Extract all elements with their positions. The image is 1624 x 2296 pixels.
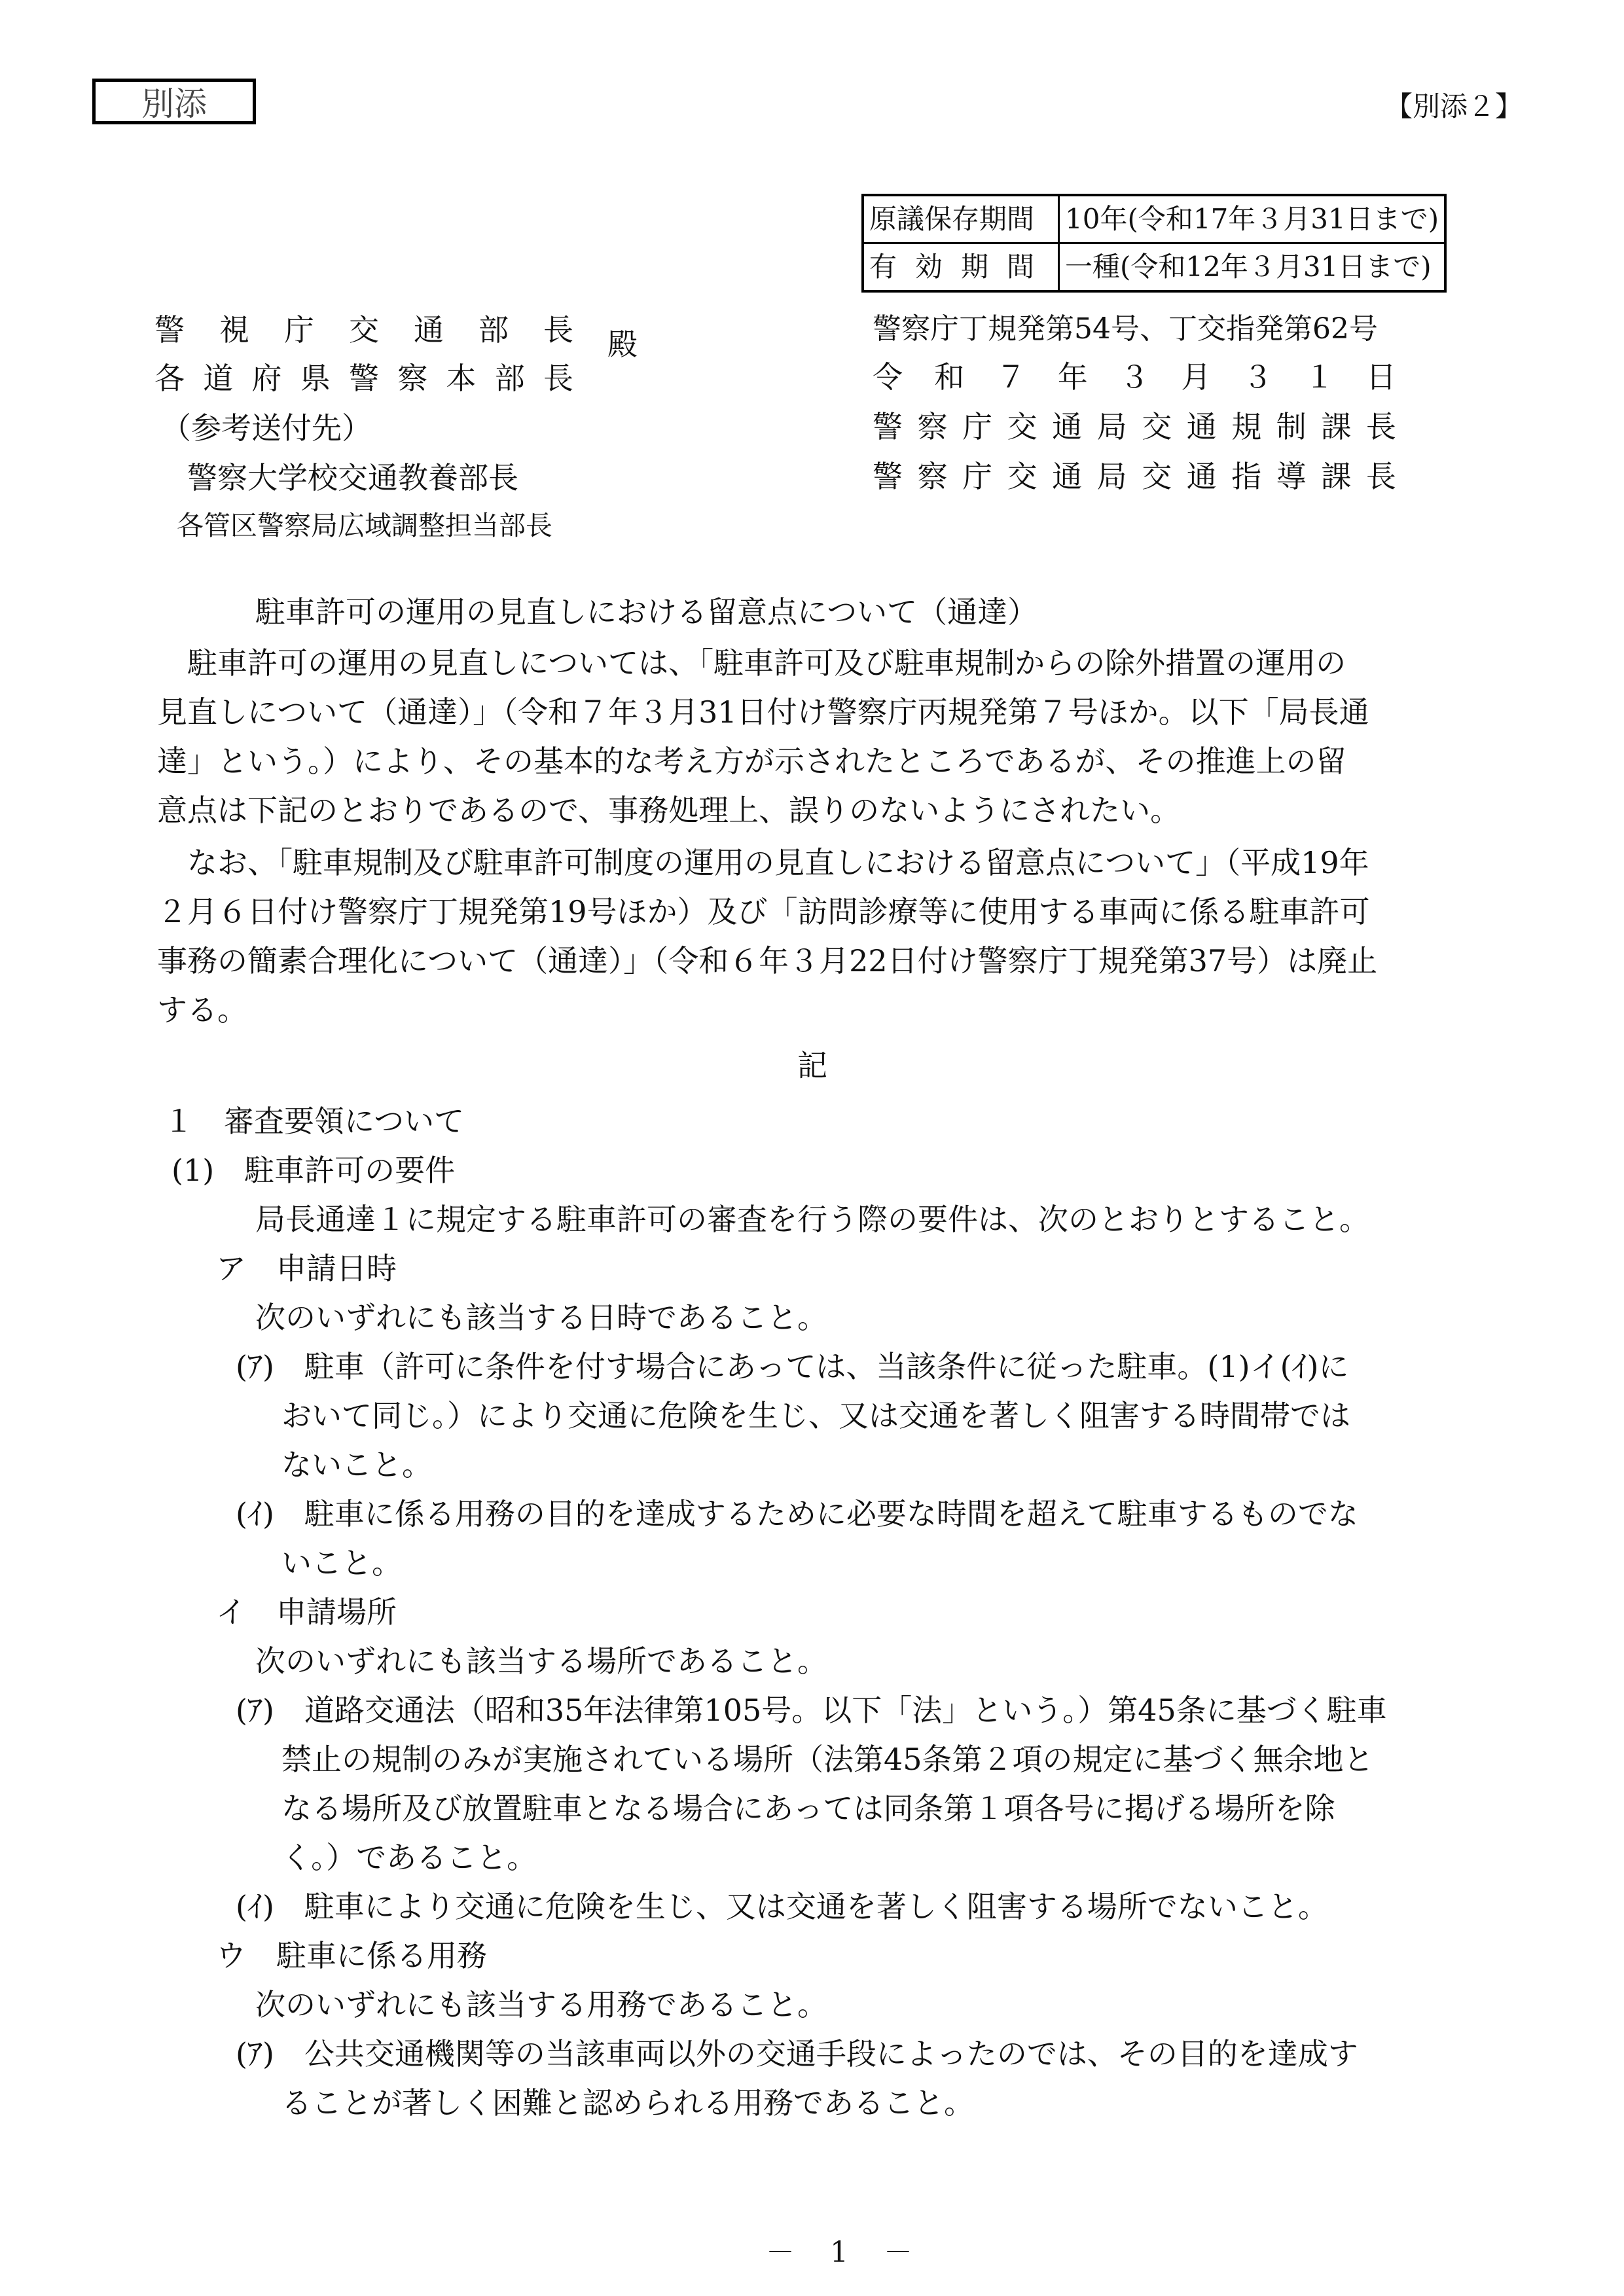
date-char: ７ [996, 353, 1026, 397]
section-line: ア 申請日時 [216, 1253, 397, 1283]
addressee-char: 長 [543, 306, 573, 350]
attachment-number-label: 【別添２】 [1385, 85, 1523, 124]
sender-regulation-division: 警 察 庁 交 通 局 交 通 規 制 課 長 [873, 403, 1396, 446]
section-line: ることが著しく困難と認められる用務であること。 [281, 2088, 974, 2118]
validity-label: 有効期間 [863, 243, 1059, 292]
sender-char: 局 [1097, 403, 1127, 446]
sender-char: 制 [1276, 403, 1307, 446]
date-char: １ [1305, 353, 1335, 397]
body-line: する。 [157, 995, 247, 1025]
body-line: 意点は下記のとおりであるので、事務処理上、誤りのないようにされたい。 [157, 795, 1180, 825]
ki-heading: 記 [797, 1050, 827, 1081]
date-char: 和 [934, 353, 964, 397]
addressee-char: 各 [154, 355, 185, 398]
addressee-char: 県 [300, 355, 331, 398]
sender-char: 通 [1187, 453, 1217, 496]
table-row: 原議保存期間 10年(令和17年３月31日まで) [863, 195, 1445, 243]
section-line: イ 申請場所 [216, 1597, 397, 1627]
sender-char: 交 [1007, 453, 1038, 496]
section-line: 局長通達１に規定する駐車許可の審査を行う際の要件は、次のとおりとすること。 [255, 1204, 1369, 1234]
sender-char: 通 [1187, 403, 1217, 446]
addressee-char: 察 [397, 355, 427, 398]
addressee-char: 通 [414, 306, 444, 350]
date-char: ３ [1119, 353, 1149, 397]
document-number: 警察庁丁規発第54号、丁交指発第62号 [873, 305, 1396, 347]
addressee-char: 視 [219, 306, 249, 350]
section-line: ないこと。 [281, 1450, 432, 1480]
body-line: なお、「駐車規制及び駐車許可制度の運用の見直しにおける留意点について」（平成19… [157, 848, 1369, 878]
addressee-char: 本 [446, 355, 477, 398]
addressee-char: 警 [349, 355, 379, 398]
validity-value: 一種(令和12年３月31日まで) [1059, 243, 1446, 292]
sender-char: 長 [1366, 453, 1396, 496]
body-line: 駐車許可の運用の見直しについては、「駐車許可及び駐車規制からの除外措置の運用の [157, 648, 1346, 678]
reference-addressee: 警察大学校交通教養部長 [187, 454, 518, 497]
addressee-line-1: 警 視 庁 交 通 部 長 [154, 306, 573, 350]
body-line: 達」という。）により、その基本的な考え方が示されたところであるが、その推進上の留 [157, 746, 1346, 776]
section-line: 次のいずれにも該当する日時であること。 [255, 1302, 827, 1333]
sender-char: 導 [1276, 453, 1307, 496]
retention-period-table: 原議保存期間 10年(令和17年３月31日まで) 有効期間 一種(令和12年３月… [861, 194, 1447, 293]
addressee-char: 部 [478, 306, 509, 350]
sender-char: 通 [1052, 403, 1082, 446]
sender-char: 長 [1366, 403, 1396, 446]
sender-char: 交 [1142, 453, 1172, 496]
date-char: 日 [1366, 353, 1396, 397]
addressee-char: 庁 [284, 306, 314, 350]
addressee-char: 交 [349, 306, 379, 350]
sender-char: 察 [918, 403, 948, 446]
section-line: １ 審査要領について [164, 1106, 464, 1136]
sender-guidance-division: 警 察 庁 交 通 局 交 通 指 導 課 長 [873, 453, 1396, 496]
sender-char: 警 [873, 453, 903, 496]
sender-char: 局 [1097, 453, 1127, 496]
section-line: (1) 駐車許可の要件 [171, 1155, 455, 1185]
sender-char: 警 [873, 403, 903, 446]
body-line: 見直しについて（通達）」（令和７年３月31日付け警察庁丙規発第７号ほか。以下「局… [157, 697, 1369, 727]
sender-char: 課 [1321, 453, 1351, 496]
section-line: く。）であること。 [281, 1842, 537, 1873]
document-title: 駐車許可の運用の見直しにおける留意点について（通達） [255, 597, 1038, 627]
section-line: おいて同じ。）により交通に危険を生じ、又は交通を著しく阻害する時間帯では [281, 1401, 1350, 1431]
section-line: (ｲ) 駐車に係る用務の目的を達成するために必要な時間を超えて駐車するものでな [236, 1499, 1358, 1529]
sender-char: 庁 [962, 453, 992, 496]
section-line: いこと。 [281, 1548, 402, 1578]
section-line: なる場所及び放置駐車となる場合にあっては同条第１項各号に掲げる場所を除 [281, 1793, 1335, 1823]
addressee-char: 長 [543, 355, 573, 398]
section-line: (ｱ) 駐車（許可に条件を付す場合にあっては、当該条件に従った駐車。(1)イ(ｲ… [236, 1352, 1348, 1382]
table-row: 有効期間 一種(令和12年３月31日まで) [863, 243, 1445, 292]
section-line: 禁止の規制のみが実施されている場所（法第45条第２項の規定に基づく無余地と [281, 1744, 1374, 1774]
reference-addressee: 各管区警察局広域調整担当部長 [177, 504, 552, 543]
sender-char: 交 [1007, 403, 1038, 446]
page-number: － 1 － [766, 2229, 926, 2270]
sender-char: 交 [1142, 403, 1172, 446]
issue-date: 令 和 ７ 年 ３ 月 ３ １ 日 [873, 353, 1396, 397]
date-char: 令 [873, 353, 903, 397]
reference-heading: （参考送付先） [161, 404, 372, 448]
sender-char: 通 [1052, 453, 1082, 496]
section-line: ウ 駐車に係る用務 [216, 1941, 487, 1971]
section-line: (ｱ) 道路交通法（昭和35年法律第105号。以下「法」という。）第45条に基づ… [236, 1695, 1387, 1725]
section-line: (ｱ) 公共交通機関等の当該車両以外の交通手段によったのでは、その目的を達成す [236, 2039, 1358, 2069]
addressee-char: 府 [252, 355, 282, 398]
date-char: 年 [1058, 353, 1088, 397]
sender-char: 庁 [962, 403, 992, 446]
honorific: 殿 [607, 321, 638, 364]
body-line: 事務の簡素合理化について（通達）」（令和６年３月22日付け警察庁丁規発第37号）… [157, 946, 1377, 976]
retention-label: 原議保存期間 [863, 195, 1059, 243]
attachment-box-label: 別添 [141, 78, 207, 125]
date-char: ３ [1243, 353, 1273, 397]
sender-char: 規 [1231, 403, 1261, 446]
section-line: (ｲ) 駐車により交通に危険を生じ、又は交通を著しく阻害する場所でないこと。 [236, 1892, 1328, 1922]
addressee-line-2: 各 道 府 県 警 察 本 部 長 [154, 355, 573, 398]
sender-char: 察 [918, 453, 948, 496]
sender-char: 課 [1321, 403, 1351, 446]
retention-value: 10年(令和17年３月31日まで) [1059, 195, 1446, 243]
section-line: 次のいずれにも該当する用務であること。 [255, 1990, 827, 2020]
attachment-box: 別添 [92, 79, 256, 124]
addressee-char: 部 [495, 355, 525, 398]
date-char: 月 [1181, 353, 1211, 397]
addressee-char: 道 [203, 355, 233, 398]
sender-char: 指 [1231, 453, 1261, 496]
section-line: 次のいずれにも該当する場所であること。 [255, 1646, 827, 1676]
body-line: ２月６日付け警察庁丁規発第19号ほか）及び「訪問診療等に使用する車両に係る駐車許… [157, 897, 1370, 927]
addressee-char: 警 [154, 306, 185, 350]
